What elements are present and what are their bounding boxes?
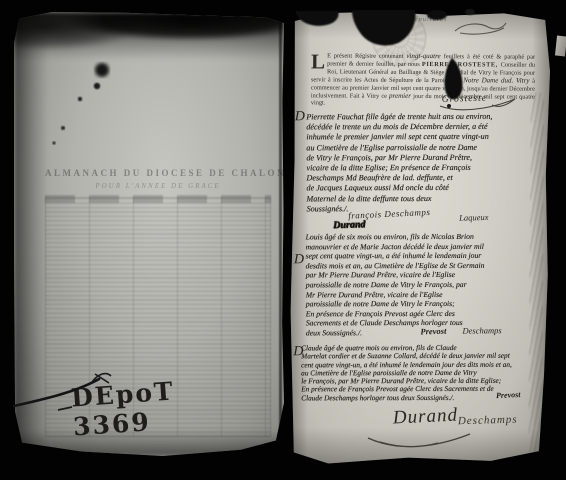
bottom-signature-deschamps: Deschamps <box>458 414 518 428</box>
entry-1-signature-laqueux: Laqueux <box>459 212 489 223</box>
almanac-subtitle: POUR L'ANNEE DE GRACE <box>45 182 271 190</box>
cert-officer-name: PIERRE GROSTESTE, <box>422 61 501 68</box>
burial-entry-1: Pierrette Fauchat fille âgée de trente h… <box>306 112 546 215</box>
top-speck <box>465 9 475 15</box>
almanac-column-headers <box>45 195 271 203</box>
left-page: ALMANACH DU DIOCESE DE CHALONS POUR L'AN… <box>14 12 284 456</box>
left-page-top-grime <box>14 12 284 60</box>
burial-entry-2: Louis âgé de six mois ou environ, fils d… <box>306 232 546 338</box>
cert-hand-insert-1: vingt-quatre <box>406 52 444 60</box>
entry-2-signature-deschamps: Deschamps <box>462 325 501 335</box>
drop-cap: L <box>311 53 325 69</box>
entry-2-signature-prevost: Prevost <box>420 326 446 337</box>
right-page: Sépultures LE présent Régistre contenant… <box>290 11 551 465</box>
scanned-register-spread: ALMANACH DU DIOCESE DE CHALONS POUR L'AN… <box>0 0 566 480</box>
entry-3-signature-prevost: Prevost <box>496 390 521 400</box>
left-page-left-grime <box>14 12 48 456</box>
cert-print-1: E présent Régistre contenant <box>327 52 406 59</box>
cert-hand-insert-2: Notre Dame dud. Vitry <box>463 76 532 84</box>
grosteste-signature: Grosteste <box>442 94 487 105</box>
bottom-signature-durand: Durand <box>392 405 458 430</box>
cert-hand-insert-3: premier <box>389 91 413 99</box>
left-page-edge-shadow <box>279 12 282 456</box>
entry-1-signature-durand: Durand <box>333 219 366 231</box>
depot-stamp: DEpoT 3369 <box>70 372 234 441</box>
underlying-page-corner <box>555 36 566 57</box>
almanac-title: ALMANACH DU DIOCESE DE CHALONS <box>45 168 271 178</box>
certification-paragraph: LE présent Régistre contenant vingt-quat… <box>311 52 535 109</box>
